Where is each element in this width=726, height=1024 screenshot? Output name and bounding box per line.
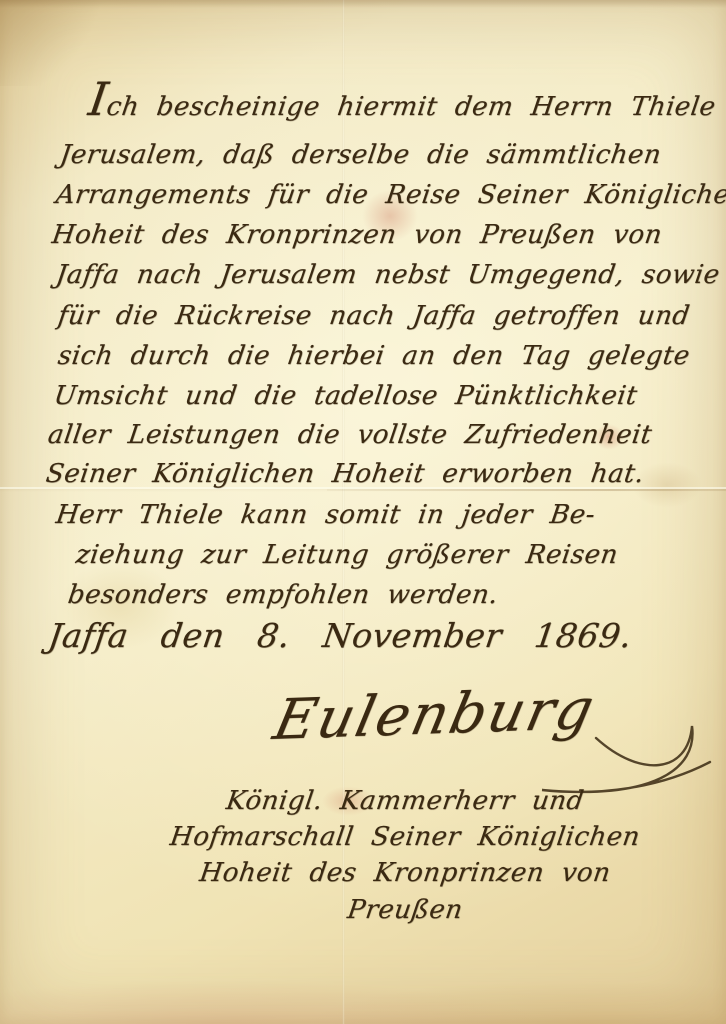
scanned-letter-page: Ich bescheinige hiermit dem Herrn Thiele… [0,0,726,1024]
letter-line: Jaffa nach Jerusalem nebst Umgegend, sow… [54,260,722,290]
letter-line: für die Rückreise nach Jaffa getroffen u… [56,301,692,331]
closing-line: Hoheit des Kronprinzen von [80,858,726,888]
top-edge-shadow [0,0,726,8]
letter-line: Ich bescheinige hiermit dem Herrn Thiele… [86,92,726,122]
closing-line: Preußen [80,895,726,925]
letter-line: besonders empfohlen werden. [66,580,500,610]
letter-line: Hoheit des Kronprinzen von Preußen von [50,220,664,250]
letter-line: ziehung zur Leitung größerer Reisen [74,540,620,570]
letter-line: sich durch die hierbei an den Tag gelegt… [56,341,692,371]
closing-line: Hofmarschall Seiner Königlichen [80,822,726,852]
letter-line: Jerusalem, daß derselbe die sämmtlichen [58,140,663,170]
letter-line: Herr Thiele kann somit in jeder Be- [54,500,597,530]
closing-line: Königl. Kammerherr und [80,786,726,816]
letter-line: Seiner Königlichen Hoheit erworben hat. [44,459,646,489]
date-line: Jaffa den 8. November 1869. [46,616,634,655]
letter-line: Umsicht und die tadellose Pünktlichkeit [52,381,639,411]
signature: Eulenburg [268,677,601,753]
letter-line: Arrangements für die Reise Seiner Königl… [54,180,726,210]
bottom-edge-stain [0,966,726,1024]
letter-line: aller Leistungen die vollste Zufriedenhe… [46,420,654,450]
